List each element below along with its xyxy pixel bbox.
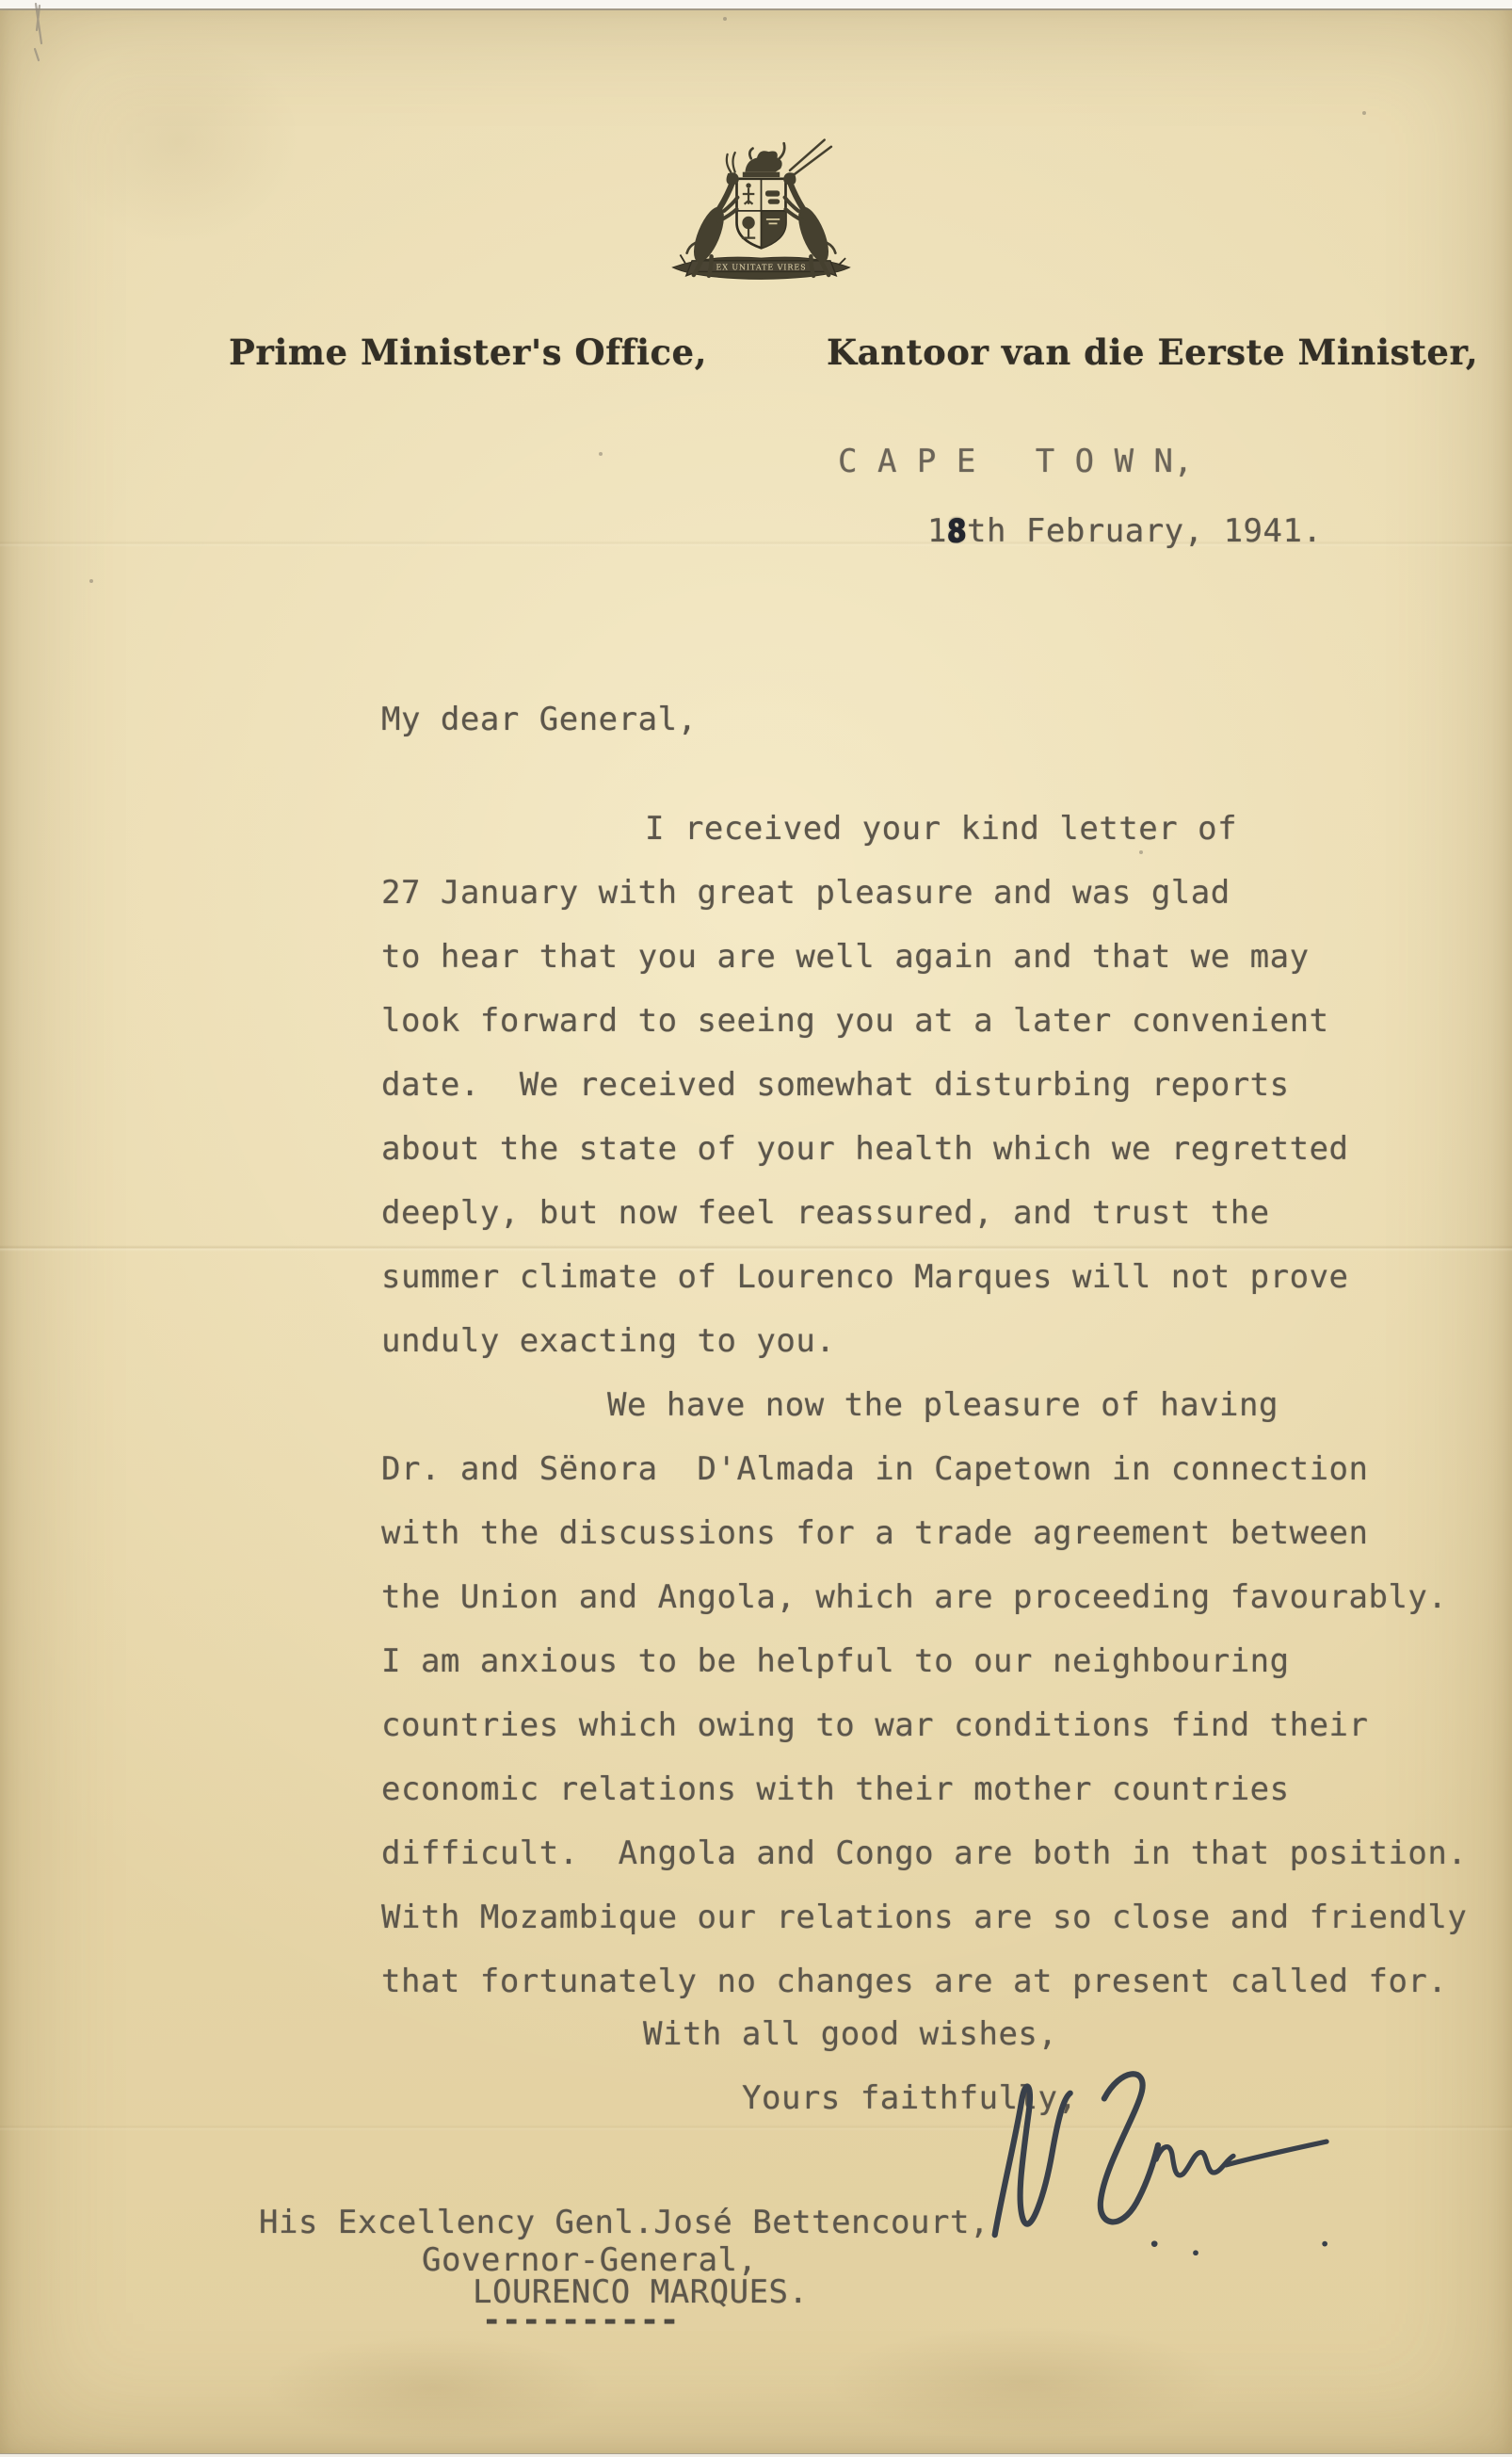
dateline-city: C A P E T O W N, — [838, 443, 1193, 480]
paper-smudge — [56, 38, 301, 245]
paper-speck — [723, 17, 727, 21]
typed-line: I received your kind letter of — [381, 797, 1492, 861]
lion-crest — [743, 143, 784, 177]
typed-line: 27 January with great pleasure and was g… — [381, 861, 1492, 925]
salutation: My dear General, — [381, 701, 698, 738]
dateline-date: 18th February, 1941. — [927, 512, 1322, 550]
letterhead-title-english: Prime Minister's Office, — [229, 331, 707, 379]
letter-body: I received your kind letter of 27 Januar… — [381, 797, 1492, 2013]
typed-line: look forward to seeing you at a later co… — [381, 989, 1492, 1053]
typed-line: deeply, but now feel reassured, and trus… — [381, 1181, 1492, 1245]
typed-line: that fortunately no changes are at prese… — [381, 1949, 1492, 2013]
letter-page: EX UNITATE VIRES — [0, 0, 1512, 2457]
closing-goodwishes: With all good wishes, — [643, 2015, 1057, 2053]
typed-line: with the discussions for a trade agreeme… — [381, 1501, 1492, 1565]
typed-line: summer climate of Lourenco Marques will … — [381, 1245, 1492, 1309]
typed-line: the Union and Angola, which are proceedi… — [381, 1565, 1492, 1629]
scan-edge-bottom — [0, 2453, 1512, 2457]
handwritten-signature — [970, 2049, 1346, 2275]
typed-line: We have now the pleasure of having — [381, 1373, 1492, 1437]
typed-line: economic relations with their mother cou… — [381, 1757, 1492, 1821]
date-day-digit: 1 — [927, 512, 947, 550]
typed-line: unduly exacting to you. — [381, 1309, 1492, 1373]
typed-line: date. We received somewhat disturbing re… — [381, 1053, 1492, 1117]
recipient-name: His Excellency Genl.José Bettencourt, — [259, 2204, 989, 2241]
pencil-mark — [26, 2, 60, 64]
paper-speck — [599, 452, 603, 456]
paper-speck — [89, 579, 93, 583]
typed-line: to hear that you are well again and that… — [381, 925, 1492, 989]
letterhead-title-afrikaans: Kantoor van die Eerste Minister, — [827, 331, 1478, 379]
typed-line: difficult. Angola and Congo are both in … — [381, 1821, 1492, 1885]
paper-speck — [1362, 111, 1366, 115]
coat-of-arms: EX UNITATE VIRES — [651, 129, 871, 291]
date-rest: th February, 1941. — [967, 512, 1322, 550]
crest-motto-text: EX UNITATE VIRES — [716, 264, 806, 272]
typed-line: about the state of your health which we … — [381, 1117, 1492, 1181]
scan-edge-top — [0, 0, 1512, 10]
typed-line: With Mozambique our relations are so clo… — [381, 1885, 1492, 1949]
paper-smudge — [264, 2336, 603, 2439]
shield — [737, 179, 786, 248]
typed-line: I am anxious to be helpful to our neighb… — [381, 1629, 1492, 1693]
typed-dashes: ---------- — [482, 2302, 680, 2339]
oryx-supporter — [784, 140, 836, 276]
date-overstruck-digit: 8 — [947, 512, 967, 550]
typed-line: countries which owing to war conditions … — [381, 1693, 1492, 1757]
typed-line: Dr. and Sënora D'Almada in Capetown in c… — [381, 1437, 1492, 1501]
paper-smudge — [828, 2326, 1224, 2439]
